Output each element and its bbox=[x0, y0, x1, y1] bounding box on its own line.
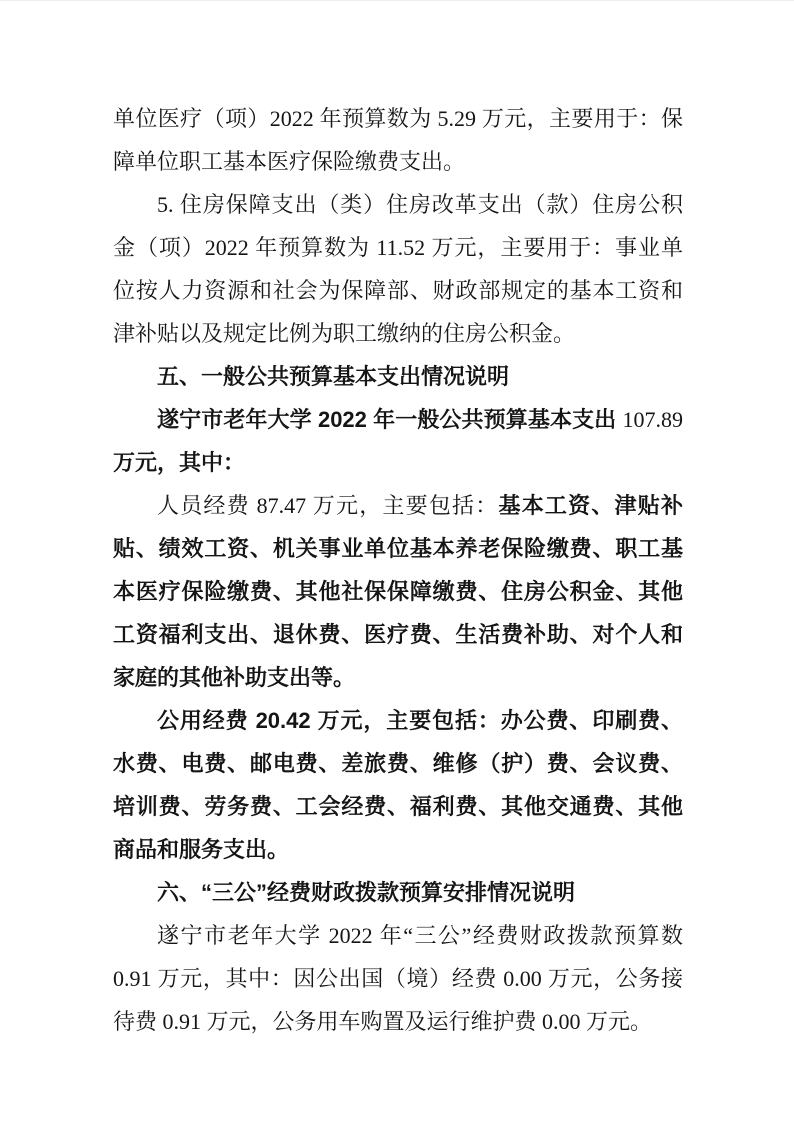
text-run: 单位医疗（项）2022 年预算数为 5.29 万元，主要用于：保障单位职工基本医… bbox=[113, 106, 683, 174]
text-run: 万元，其中： bbox=[113, 450, 245, 475]
section-heading-text: 六、“三公”经费财政拨款预算安排情况说明 bbox=[157, 880, 575, 905]
text-run: 5. 住房保障支出（类）住房改革支出（款）住房公积金（项）2022 年预算数为 … bbox=[113, 192, 683, 346]
text-run: 人员经费 87.47 万元，主要包括： bbox=[157, 493, 498, 518]
text-run: 公用经费 20.42 万元，主要包括：办公费、印刷费、水费、电费、邮电费、差旅费… bbox=[113, 708, 683, 862]
para-three-public-funds: 遂宁市老年大学 2022 年“三公”经费财政拨款预算数 0.91 万元，其中：因… bbox=[113, 914, 683, 1043]
text-run: 遂宁市老年大学 2022 年一般公共预算基本支出 bbox=[157, 407, 623, 432]
para-public-funds: 公用经费 20.42 万元，主要包括：办公费、印刷费、水费、电费、邮电费、差旅费… bbox=[113, 699, 683, 871]
text-run: 基本工资、津贴补贴、绩效工资、机关事业单位基本养老保险缴费、职工基本医疗保险缴费… bbox=[113, 493, 683, 690]
section-heading-text: 五、一般公共预算基本支出情况说明 bbox=[157, 364, 509, 389]
para-basic-expenditure-total: 遂宁市老年大学 2022 年一般公共预算基本支出 107.89 万元，其中： bbox=[113, 398, 683, 484]
para-item5-housing: 5. 住房保障支出（类）住房改革支出（款）住房公积金（项）2022 年预算数为 … bbox=[113, 183, 683, 355]
para-unit-medical-continuation: 单位医疗（项）2022 年预算数为 5.29 万元，主要用于：保障单位职工基本医… bbox=[113, 97, 683, 183]
heading-section-five: 五、一般公共预算基本支出情况说明 bbox=[113, 355, 683, 398]
heading-section-six: 六、“三公”经费财政拨款预算安排情况说明 bbox=[113, 871, 683, 914]
amount-value: 107.89 bbox=[623, 407, 684, 432]
para-personnel-funds: 人员经费 87.47 万元，主要包括：基本工资、津贴补贴、绩效工资、机关事业单位… bbox=[113, 484, 683, 699]
text-run: 遂宁市老年大学 2022 年“三公”经费财政拨款预算数 0.91 万元，其中：因… bbox=[113, 923, 683, 1034]
document-content: 单位医疗（项）2022 年预算数为 5.29 万元，主要用于：保障单位职工基本医… bbox=[113, 97, 683, 1043]
document-page: 单位医疗（项）2022 年预算数为 5.29 万元，主要用于：保障单位职工基本医… bbox=[0, 0, 794, 1122]
